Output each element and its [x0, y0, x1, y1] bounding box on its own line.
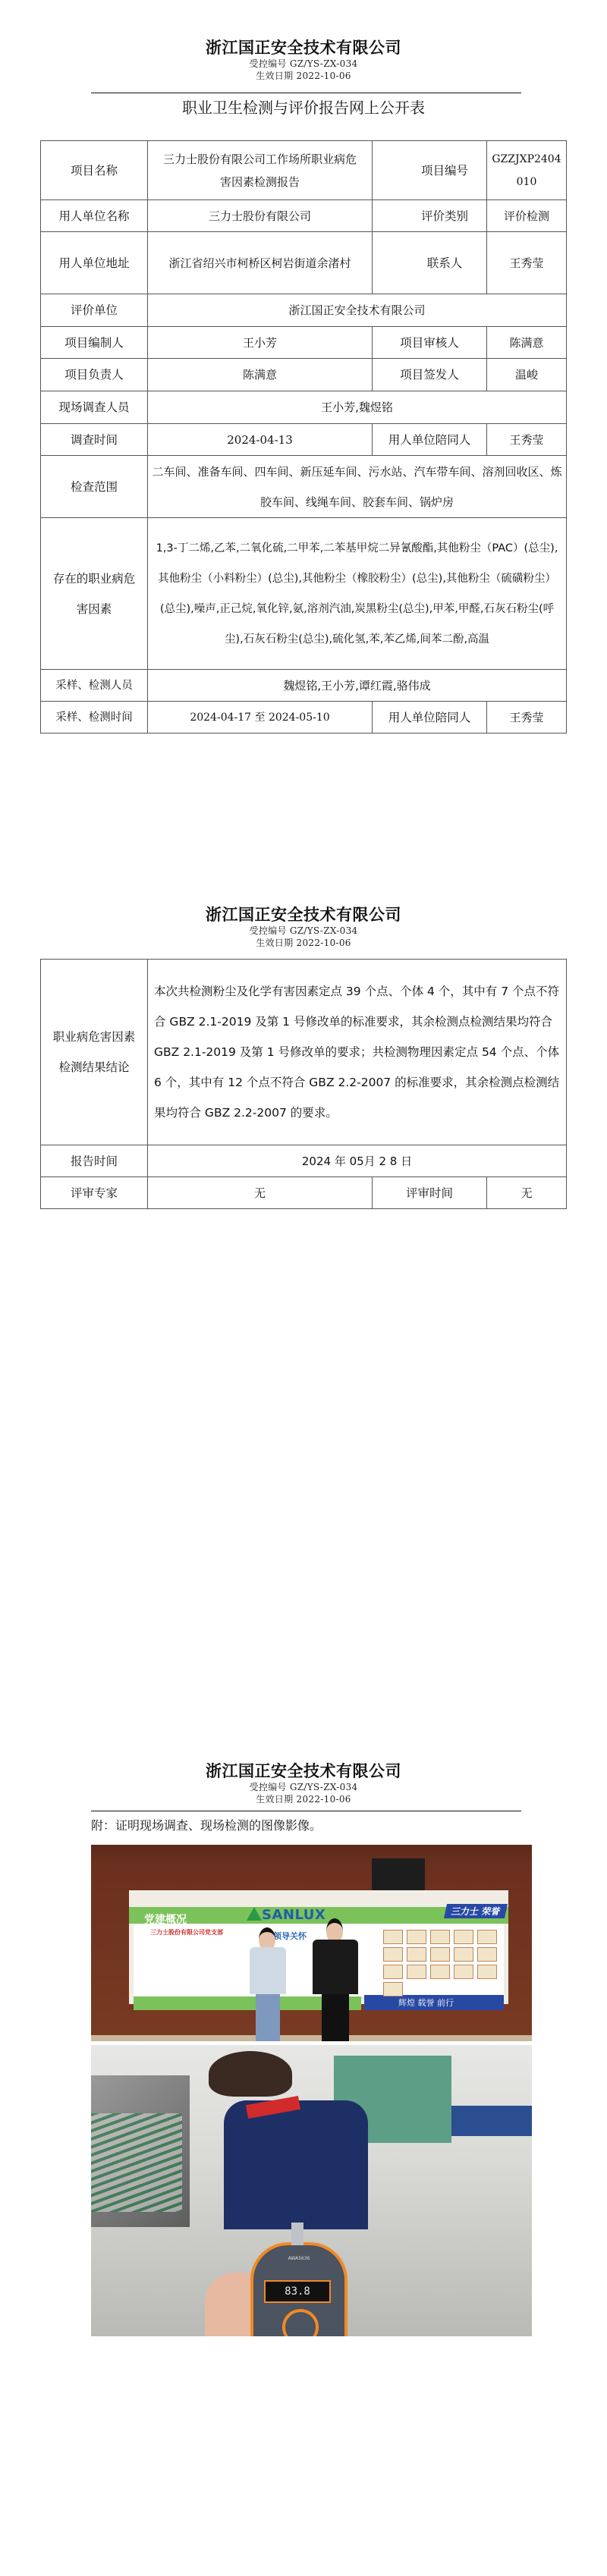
sampling-time-value: 2024-04-17 至 2024-05-10 [148, 702, 373, 734]
site-investigators-value: 王小芳,魏煜铭 [148, 391, 567, 424]
expert-value: 无 [148, 1177, 373, 1209]
table-row: 检查范围 二车间、准备车间、四车间、新压延车间、污水站、汽车带车间、溶剂回收区、… [41, 456, 567, 518]
eval-unit-value: 浙江国正安全技术有限公司 [148, 294, 567, 327]
table-row: 现场调查人员 王小芳,魏煜铭 [41, 391, 567, 424]
issuer-value: 温峻 [487, 359, 567, 391]
table-row: 项目编制人 王小芳 项目审核人 陈满意 [41, 327, 567, 359]
issuer-label: 项目签发人 [373, 359, 487, 391]
review-time-value: 无 [487, 1177, 567, 1209]
person-man [311, 1918, 360, 2041]
sampling-staff-label: 采样、检测人员 [41, 670, 148, 702]
employer-addr-value: 浙江省绍兴市柯桥区柯岩街道余渚村 [148, 232, 373, 294]
effective-date: 生效日期 2022-10-06 [0, 1793, 607, 1805]
site-survey-photo: SANLUX 党建概况 三力士 荣誉 三力士股份有限公司党支部 领导关怀 辉煌 … [91, 1845, 532, 2041]
worker [178, 2051, 360, 2226]
table-row: 评价单位 浙江国正安全技术有限公司 [41, 294, 567, 327]
sampling-time-label: 采样、检测时间 [41, 702, 148, 734]
compiler-value: 王小芳 [148, 327, 373, 359]
hazards-label: 存在的职业病危害因素 [41, 518, 148, 670]
employer-name-label: 用人单位名称 [41, 200, 148, 232]
table-row: 项目负责人 陈满意 项目签发人 温峻 [41, 359, 567, 391]
honor-banner: 三力士 荣誉 [444, 1904, 508, 1918]
project-name-label: 项目名称 [41, 141, 148, 200]
party-building-title: 党建概况 [144, 1912, 187, 1927]
page-header: 浙江国正安全技术有限公司 受控编号 GZ/YS-ZX-034 生效日期 2022… [0, 905, 607, 949]
table-row: 存在的职业病危害因素 1,3-丁二烯,乙苯,二氧化硫,二甲苯,二苯基甲烷二异氰酸… [41, 518, 567, 670]
hazards-value: 1,3-丁二烯,乙苯,二氧化硫,二甲苯,二苯基甲烷二异氰酸酯,其他粉尘（PAC）… [148, 518, 567, 670]
microphone-icon [291, 2223, 303, 2245]
leader-value: 陈满意 [148, 359, 373, 391]
survey-time-value: 2024-04-13 [148, 424, 373, 456]
eval-unit-label: 评价单位 [41, 294, 148, 327]
contact-value: 王秀莹 [487, 232, 567, 294]
escort-value: 王秀莹 [487, 424, 567, 456]
employer-name-value: 三力士股份有限公司 [148, 200, 373, 232]
site-investigators-label: 现场调查人员 [41, 391, 148, 424]
table-row: 用人单位名称 三力士股份有限公司 评价类别 评价检测 [41, 200, 567, 232]
dpad-icon [282, 2309, 319, 2336]
escort-label: 用人单位陪同人 [373, 424, 487, 456]
control-number: 受控编号 GZ/YS-ZX-034 [0, 1781, 607, 1793]
escort2-value: 王秀莹 [487, 702, 567, 734]
slogan-text: 辉煌 载誉 前行 [398, 1996, 454, 2009]
project-no-value: GZZJXP2404010 [487, 141, 567, 200]
company-name: 浙江国正安全技术有限公司 [0, 905, 607, 925]
table-row: 调查时间 2024-04-13 用人单位陪同人 王秀莹 [41, 424, 567, 456]
party-branch-title: 三力士股份有限公司党支部 [150, 1928, 223, 1937]
control-number: 受控编号 GZ/YS-ZX-034 [0, 925, 607, 937]
disclosure-table: 项目名称 三力士股份有限公司工作场所职业病危害因素检测报告 项目编号 GZZJX… [40, 140, 567, 327]
company-name: 浙江国正安全技术有限公司 [0, 1761, 607, 1781]
site-testing-photo: AWA5636 83.8 [91, 2045, 532, 2336]
escort2-label: 用人单位陪同人 [373, 702, 487, 734]
table-row: 项目名称 三力士股份有限公司工作场所职业病危害因素检测报告 项目编号 GZZJX… [41, 141, 567, 200]
table-row: 报告时间 2024 年 05月 2 8 日 [41, 1145, 567, 1177]
survey-time-label: 调查时间 [41, 424, 148, 456]
header-rule [91, 1811, 521, 1811]
table-row: 评审专家 无 评审时间 无 [41, 1177, 567, 1209]
control-number: 受控编号 GZ/YS-ZX-034 [0, 58, 607, 70]
report-time-label: 报告时间 [41, 1145, 148, 1177]
effective-date: 生效日期 2022-10-06 [0, 937, 607, 949]
company-name: 浙江国正安全技术有限公司 [0, 38, 607, 58]
contact-label: 联系人 [373, 232, 487, 294]
disclosure-table-personnel: 项目编制人 王小芳 项目审核人 陈满意 项目负责人 陈满意 项目签发人 温峻 现… [40, 326, 567, 734]
speaker [372, 1858, 425, 1890]
effective-date: 生效日期 2022-10-06 [0, 70, 607, 82]
sampling-staff-value: 魏煜铭,王小芳,谭红霞,骆伟成 [148, 670, 567, 702]
project-no-label: 项目编号 [373, 141, 487, 200]
person-woman [247, 1927, 289, 2041]
scope-value: 二车间、准备车间、四车间、新压延车间、污水站、汽车带车间、溶剂回收区、炼胶车间、… [148, 456, 567, 518]
expert-label: 评审专家 [41, 1177, 148, 1209]
page-header: 浙江国正安全技术有限公司 受控编号 GZ/YS-ZX-034 生效日期 2022… [0, 1761, 607, 1805]
meter-model: AWA5636 [253, 2256, 344, 2261]
certificates-grid [383, 1930, 501, 1996]
review-time-label: 评审时间 [373, 1177, 487, 1209]
header-rule [91, 93, 521, 93]
sound-level-meter: AWA5636 83.8 [250, 2242, 348, 2336]
reviewer-value: 陈满意 [487, 327, 567, 359]
conclusion-label: 职业病危害因素检测结果结论 [41, 960, 148, 1145]
page-header: 浙江国正安全技术有限公司 受控编号 GZ/YS-ZX-034 生效日期 2022… [0, 38, 607, 82]
eval-type-value: 评价检测 [487, 200, 567, 232]
conclusion-value: 本次共检测粉尘及化学有害因素定点 39 个点、个体 4 个，其中有 7 个点不符… [148, 960, 567, 1145]
document-title: 职业卫生检测与评价报告网上公开表 [0, 98, 607, 118]
meter-reading: 83.8 [264, 2280, 331, 2303]
report-time-value: 2024 年 05月 2 8 日 [148, 1145, 567, 1177]
table-row: 用人单位地址 浙江省绍兴市柯桥区柯岩街道余渚村 联系人 王秀莹 [41, 232, 567, 294]
annex-caption: 附：证明现场调查、现场检测的图像影像。 [91, 1817, 322, 1834]
employer-addr-label: 用人单位地址 [41, 232, 148, 294]
project-name-value: 三力士股份有限公司工作场所职业病危害因素检测报告 [148, 141, 373, 200]
table-row: 采样、检测时间 2024-04-17 至 2024-05-10 用人单位陪同人 … [41, 702, 567, 734]
eval-type-label: 评价类别 [373, 200, 487, 232]
scope-label: 检查范围 [41, 456, 148, 518]
compiler-label: 项目编制人 [41, 327, 148, 359]
table-row: 采样、检测人员 魏煜铭,王小芳,谭红霞,骆伟成 [41, 670, 567, 702]
conclusion-table: 职业病危害因素检测结果结论 本次共检测粉尘及化学有害因素定点 39 个点、个体 … [40, 959, 567, 1209]
leader-label: 项目负责人 [41, 359, 148, 391]
sanlux-logo-icon [247, 1907, 262, 1921]
table-row: 职业病危害因素检测结果结论 本次共检测粉尘及化学有害因素定点 39 个点、个体 … [41, 960, 567, 1145]
reviewer-label: 项目审核人 [373, 327, 487, 359]
